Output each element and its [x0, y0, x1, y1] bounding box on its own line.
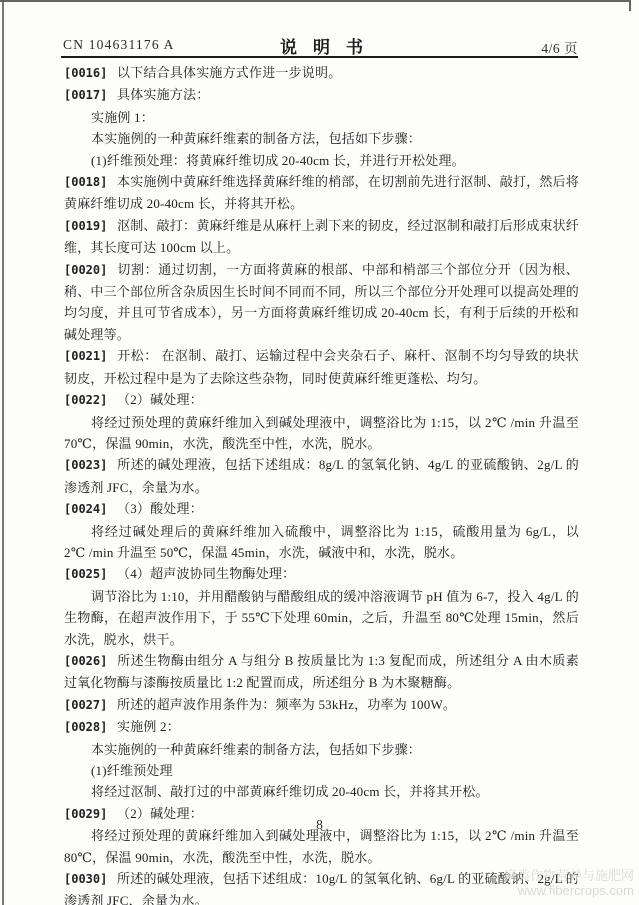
paragraph: [0028]实施例 2： — [64, 716, 579, 738]
paragraph-text: (1)纤维预处理：将黄麻纤维切成 20-40cm 长，并进行开松处理。 — [91, 153, 465, 168]
watermark-site-name: 麻类作物营养与施肥网 — [504, 869, 634, 884]
paragraph-text: （4）超声波协同生物酶处理： — [117, 566, 295, 581]
paragraph: [0030]所述的碱处理液，包括下述组成：10g/L 的氢氧化钠、6g/L 的亚… — [64, 868, 579, 905]
paragraph-tag: [0027] — [64, 695, 117, 716]
paragraph-text: 实施例 1： — [91, 110, 154, 125]
paragraph-tag: [0017] — [64, 85, 117, 106]
paragraph-tag: [0022] — [64, 390, 117, 411]
paragraph: [0016]以下结合具体实施方式作进一步说明。 — [64, 62, 579, 84]
paragraph: (1)纤维预处理 — [64, 760, 579, 781]
paragraph: [0025]（4）超声波协同生物酶处理： — [64, 563, 579, 585]
paragraph-text: （2）碱处理： — [117, 392, 203, 407]
paragraph-text: 以下结合具体实施方式作进一步说明。 — [117, 65, 341, 80]
watermark: 麻类作物营养与施肥网 www.fibercrops.com — [504, 869, 634, 898]
paragraph-text: 具体实施方法： — [117, 87, 209, 102]
patent-specification-page: CN 104631176 A 说明书 4/6 页 [0016]以下结合具体实施方… — [0, 0, 639, 905]
paragraph: [0019]沤制、敲打：黄麻纤维是从麻杆上剥下来的韧皮，经过沤制和敲打后形成束状… — [64, 215, 579, 259]
paragraph-tag: [0020] — [64, 260, 117, 281]
paragraph-tag: [0023] — [64, 455, 117, 476]
scan-edge-left — [2, 0, 4, 905]
paragraph: [0026]所述生物酶由组分 A 与组分 B 按质量比为 1:3 复配而成，所述… — [64, 650, 579, 694]
paragraph-text: 所述生物酶由组分 A 与组分 B 按质量比为 1:3 复配而成，所述组分 A 由… — [64, 653, 579, 690]
page-header: CN 104631176 A 说明书 4/6 页 — [63, 33, 580, 55]
paragraph-text: (1)纤维预处理 — [91, 763, 173, 778]
scan-edge-right — [629, 0, 631, 11]
paragraph-text: 将经过预处理的黄麻纤维加入到碱处理液中，调整浴比为 1:15，以 2℃ /min… — [64, 415, 579, 451]
paragraph-tag: [0016] — [64, 63, 117, 84]
paragraph: [0017]具体实施方法： — [64, 84, 579, 106]
paragraph-tag: [0018] — [64, 172, 117, 193]
paragraph-text: 将经过预处理的黄麻纤维加入到碱处理液中，调整浴比为 1:15，以 2℃ /min… — [64, 828, 579, 864]
document-title: 说明书 — [63, 33, 580, 58]
paragraph: 实施例 1： — [64, 107, 579, 128]
paragraph-text: 本实施例的一种黄麻纤维素的制备方法，包括如下步骤： — [91, 742, 421, 757]
paragraph: [0018]本实施例中黄麻纤维选择黄麻纤维的梢部，在切割前先进行沤制、敲打，然后… — [64, 171, 579, 215]
paragraph-text: 本实施例的一种黄麻纤维素的制备方法，包括如下步骤： — [91, 131, 421, 146]
paragraph: [0020]切割：通过切割，一方面将黄麻的根部、中部和梢部三个部位分开（因为根、… — [64, 259, 579, 346]
paragraph-tag: [0025] — [64, 564, 117, 585]
paragraph: [0021]开松： 在沤制、敲打、运输过程中会夹杂石子、麻杆、沤制不均匀导致的块… — [64, 345, 579, 389]
header-rule — [61, 56, 578, 58]
paragraph: [0023]所述的碱处理液，包括下述组成：8g/L 的氢氧化钠、4g/L 的亚硫… — [64, 454, 579, 498]
paragraph: [0022]（2）碱处理： — [64, 389, 579, 411]
paragraph-text: 所述的碱处理液，包括下述组成：10g/L 的氢氧化钠、6g/L 的亚硫酸钠、2g… — [64, 871, 579, 905]
paragraph: (1)纤维预处理：将黄麻纤维切成 20-40cm 长，并进行开松处理。 — [64, 150, 579, 171]
page-number: 8 — [0, 817, 639, 833]
paragraph: 本实施例的一种黄麻纤维素的制备方法，包括如下步骤： — [64, 128, 579, 149]
paragraph-text: 开松： 在沤制、敲打、运输过程中会夹杂石子、麻杆、沤制不均匀导致的块状韧皮，开松… — [64, 348, 579, 385]
paragraph-tag: [0019] — [64, 216, 117, 237]
paragraph-tag: [0030] — [64, 869, 117, 890]
paragraph: 将经过预处理的黄麻纤维加入到碱处理液中，调整浴比为 1:15，以 2℃ /min… — [64, 412, 579, 455]
paragraph: 本实施例的一种黄麻纤维素的制备方法，包括如下步骤： — [64, 739, 579, 760]
paragraph-text: 切割：通过切割，一方面将黄麻的根部、中部和梢部三个部位分开（因为根、稍、中三个部… — [64, 262, 579, 342]
paragraph-text: （3）酸处理： — [117, 501, 203, 516]
paragraph: [0024]（3）酸处理： — [64, 498, 579, 520]
paragraph-text: 调节浴比为 1:10，并用醋酸钠与醋酸组成的缓冲溶液调节 pH 值为 6-7，投… — [64, 589, 579, 647]
paragraph: 调节浴比为 1:10，并用醋酸钠与醋酸组成的缓冲溶液调节 pH 值为 6-7，投… — [64, 586, 579, 650]
body-paragraphs: [0016]以下结合具体实施方式作进一步说明。 [0017]具体实施方法： 实施… — [64, 62, 579, 905]
paragraph-text: 本实施例中黄麻纤维选择黄麻纤维的梢部，在切割前先进行沤制、敲打，然后将黄麻纤维切… — [64, 174, 579, 211]
paragraph-text: 沤制、敲打：黄麻纤维是从麻杆上剥下来的韧皮，经过沤制和敲打后形成束状纤维，其长度… — [64, 218, 579, 255]
paragraph-text: 所述的碱处理液，包括下述组成：8g/L 的氢氧化钠、4g/L 的亚硫酸钠、2g/… — [64, 457, 579, 494]
paragraph-tag: [0028] — [64, 717, 117, 738]
page-indicator: 4/6 页 — [541, 37, 578, 57]
paragraph-text: 将经过碱处理后的黄麻纤维加入硫酸中，调整浴比为 1:15，硫酸用量为 6g/L，… — [64, 524, 579, 560]
paragraph-tag: [0026] — [64, 651, 117, 672]
paragraph: 将经过碱处理后的黄麻纤维加入硫酸中，调整浴比为 1:15，硫酸用量为 6g/L，… — [64, 521, 579, 564]
paragraph-text: 实施例 2： — [117, 719, 180, 734]
paragraph-tag: [0021] — [64, 346, 117, 367]
watermark-site-url: www.fibercrops.com — [504, 884, 634, 899]
paragraph-text: 所述的超声波作用条件为：频率为 53kHz，功率为 100W。 — [117, 697, 456, 712]
paragraph: 将经过沤制、敲打过的中部黄麻纤维切成 20-40cm 长，并将其开松。 — [64, 781, 579, 802]
paragraph-tag: [0024] — [64, 499, 117, 520]
scan-edge-top — [0, 0, 629, 2]
paragraph-text: 将经过沤制、敲打过的中部黄麻纤维切成 20-40cm 长，并将其开松。 — [91, 784, 489, 799]
paragraph: [0027]所述的超声波作用条件为：频率为 53kHz，功率为 100W。 — [64, 694, 579, 716]
